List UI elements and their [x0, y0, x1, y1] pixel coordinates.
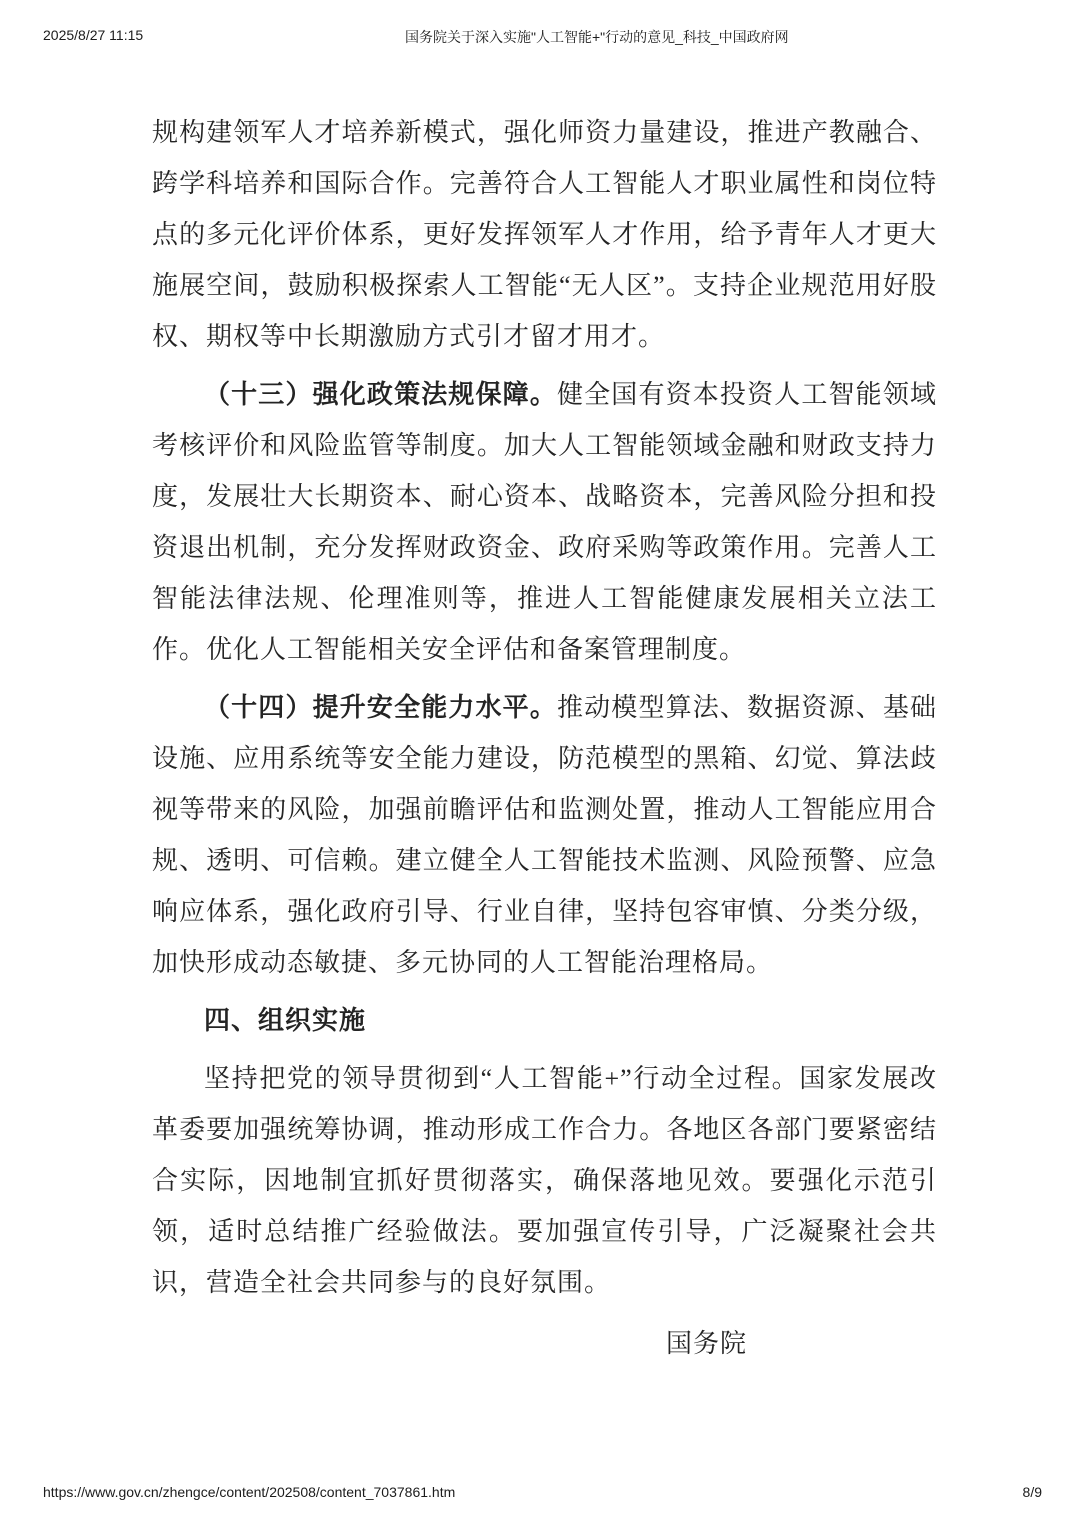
paragraph-closing: 坚持把党的领导贯彻到“人工智能+”行动全过程。国家发展改革委要加强统筹协调，推动…	[152, 1053, 937, 1308]
document-body: 规构建领军人才培养新模式，强化师资力量建设，推进产教融合、跨学科培养和国际合作。…	[152, 107, 937, 1369]
print-datetime: 2025/8/27 11:15	[43, 27, 143, 43]
paragraph-lead: （十三）强化政策法规保障。	[204, 380, 557, 409]
paragraph-text: 健全国有资本投资人工智能领域考核评价和风险监管等制度。加大人工智能领域金融和财政…	[152, 380, 937, 664]
paragraph-continuation: 规构建领军人才培养新模式，强化师资力量建设，推进产教融合、跨学科培养和国际合作。…	[152, 107, 937, 362]
paragraph-13: （十三）强化政策法规保障。健全国有资本投资人工智能领域考核评价和风险监管等制度。…	[152, 369, 937, 675]
page-number: 8/9	[1023, 1484, 1042, 1500]
paragraph-14: （十四）提升安全能力水平。推动模型算法、数据资源、基础设施、应用系统等安全能力建…	[152, 682, 937, 988]
paragraph-text: 规构建领军人才培养新模式，强化师资力量建设，推进产教融合、跨学科培养和国际合作。…	[152, 118, 937, 351]
print-document-title: 国务院关于深入实施"人工智能+"行动的意见_科技_中国政府网	[405, 27, 789, 47]
print-preview-page: 2025/8/27 11:15 国务院关于深入实施"人工智能+"行动的意见_科技…	[0, 0, 1080, 1528]
signature: 国务院	[152, 1318, 937, 1369]
paragraph-text: 坚持把党的领导贯彻到“人工智能+”行动全过程。国家发展改革委要加强统筹协调，推动…	[152, 1064, 937, 1297]
paragraph-lead: （十四）提升安全能力水平。	[204, 693, 557, 722]
source-url: https://www.gov.cn/zhengce/content/20250…	[43, 1484, 455, 1500]
section-heading: 四、组织实施	[152, 995, 937, 1046]
paragraph-text: 推动模型算法、数据资源、基础设施、应用系统等安全能力建设，防范模型的黑箱、幻觉、…	[152, 693, 937, 977]
